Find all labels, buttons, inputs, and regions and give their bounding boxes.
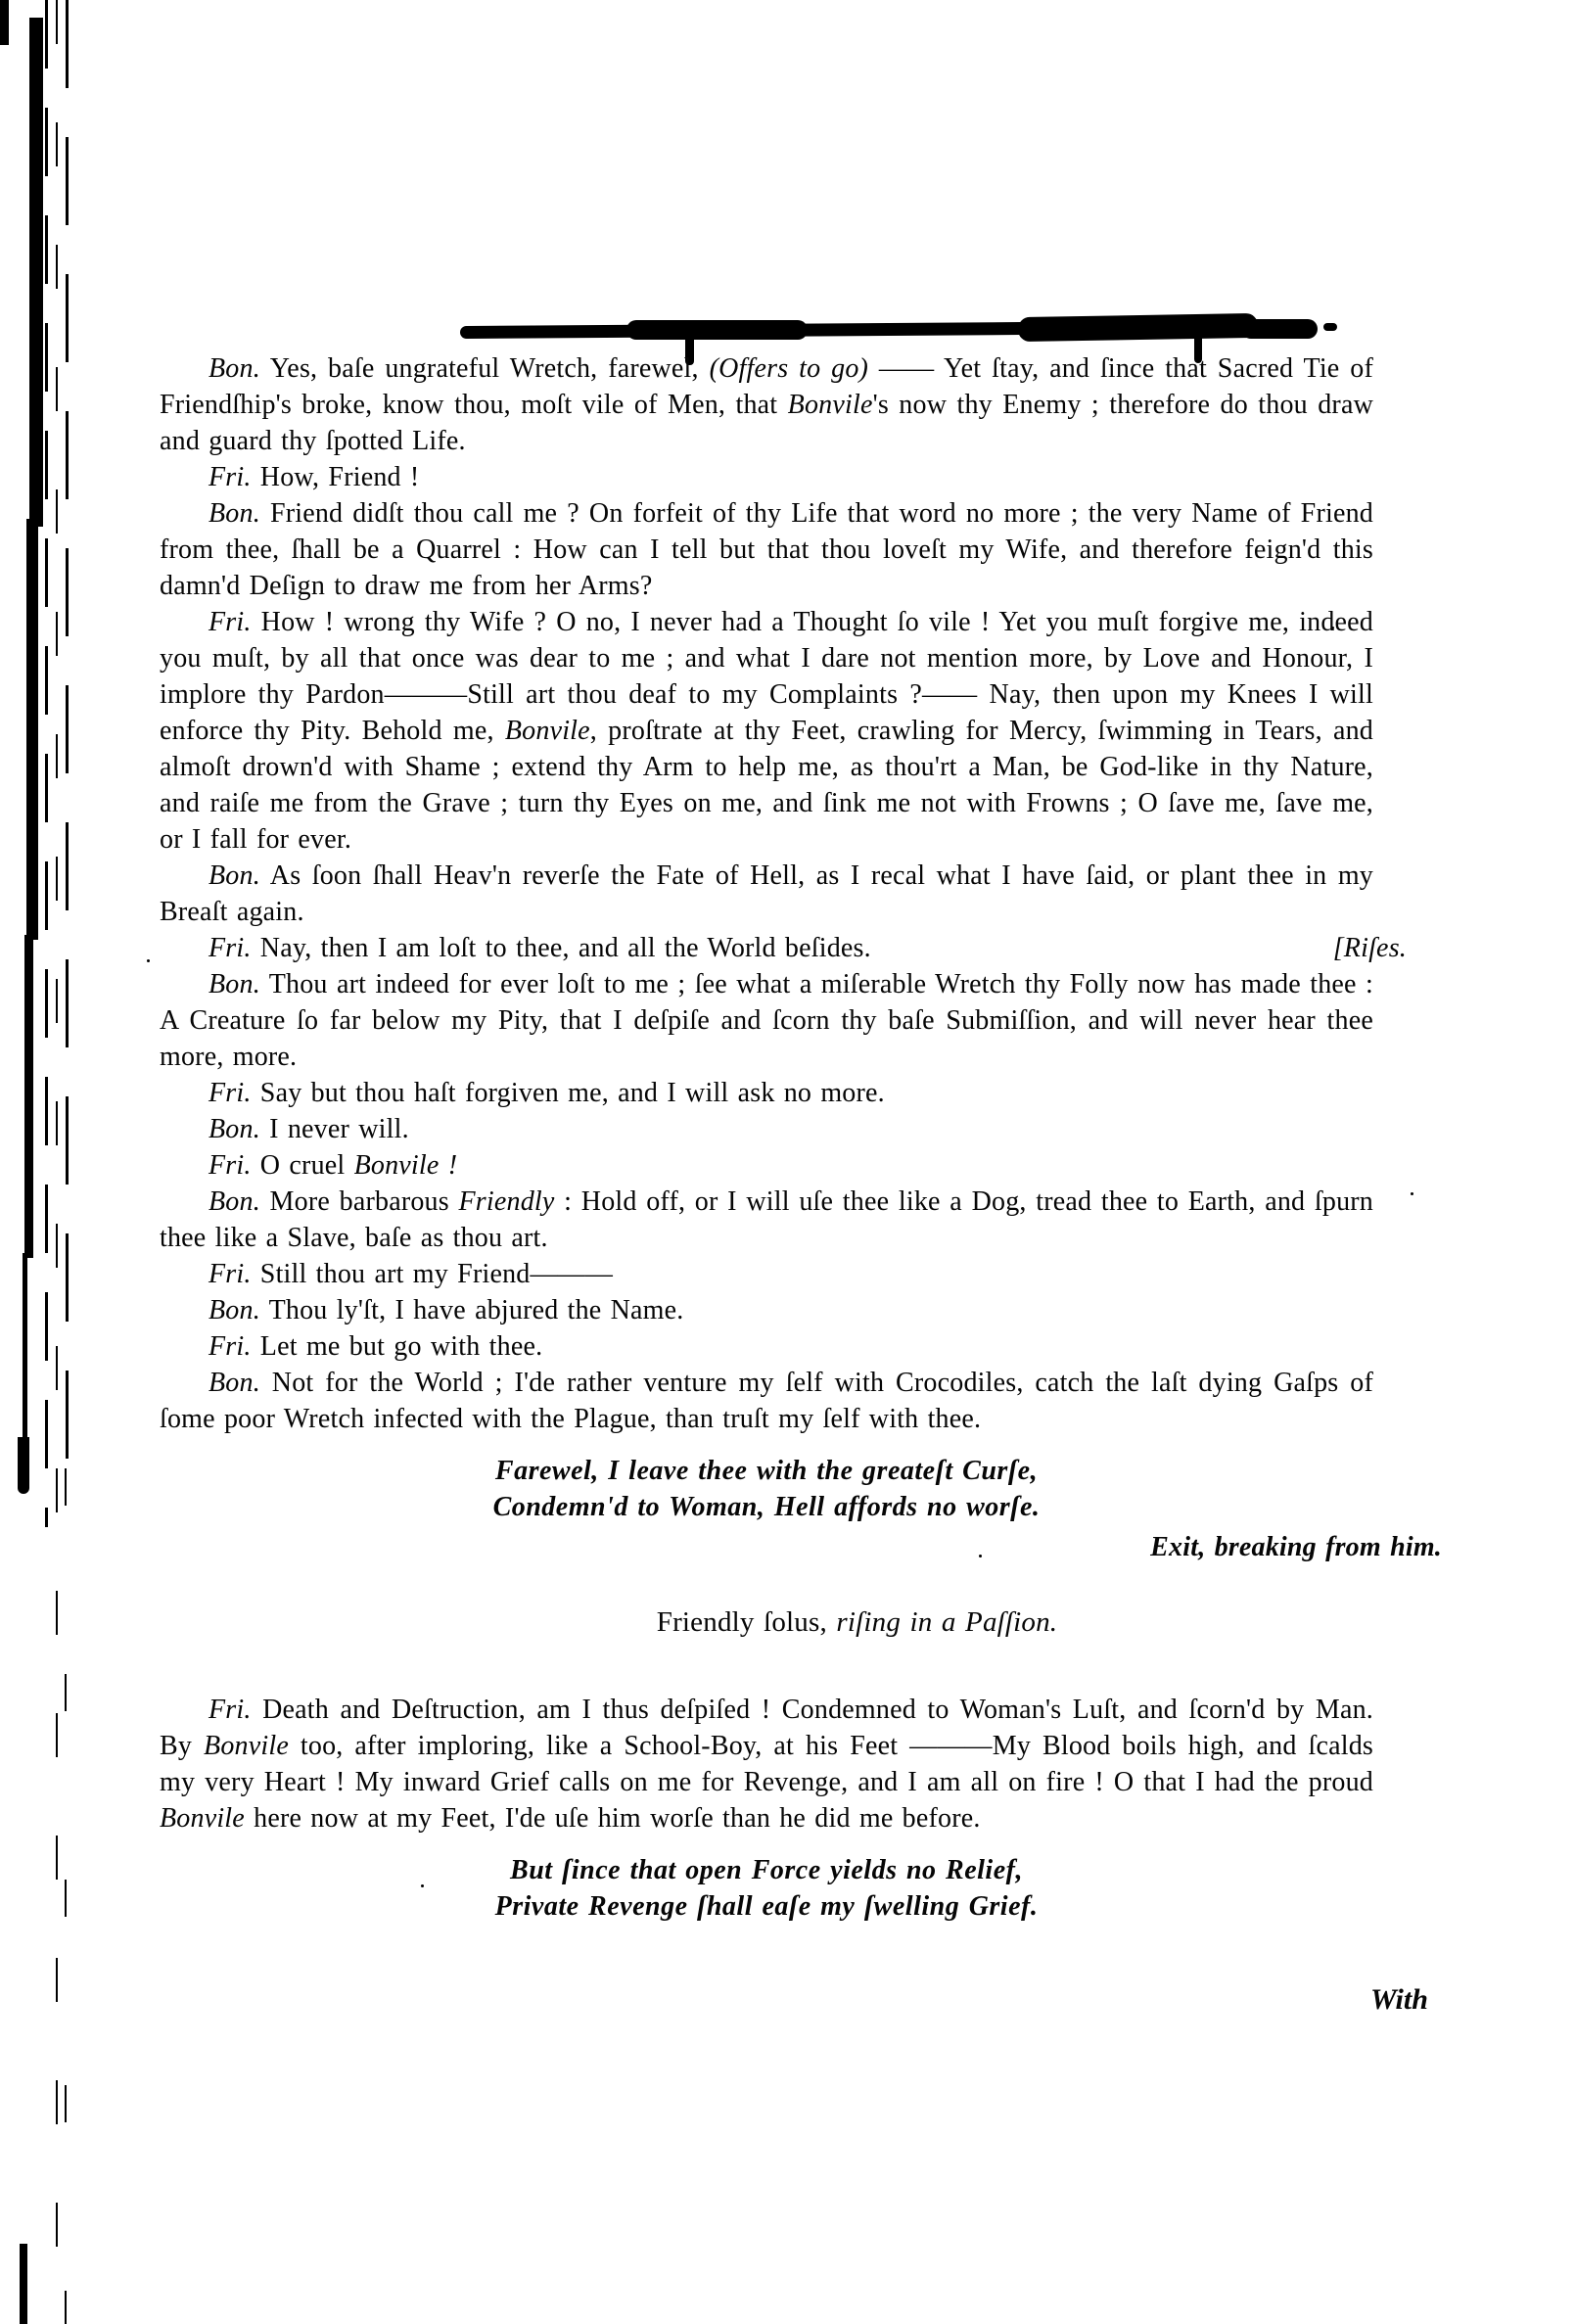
catchword: With [1370, 1983, 1428, 2017]
speech-paragraph: Fri. Let me but go with thee. [160, 1328, 1373, 1365]
speech-paragraph: Fri. Say but thou haſt forgiven me, and … [160, 1075, 1373, 1111]
plain-text: too, after imploring, like a School-Boy,… [160, 1731, 1373, 1797]
plain-text: Friendly ſolus, [657, 1606, 837, 1638]
italic-text: Bonvile [788, 390, 873, 420]
plain-text: O cruel [252, 1150, 354, 1181]
speech-paragraph: Bon. Yes, baſe ungrateful Wretch, farewe… [160, 350, 1373, 459]
italic-text: Fri. [208, 607, 252, 637]
italic-text: Bon. [208, 1114, 260, 1144]
italic-text: Bonvile [505, 716, 590, 746]
stage-direction-inline: [Riſes. [1284, 930, 1407, 966]
plain-text: Thou ly'ſt, I have abjured the Name. [260, 1295, 684, 1325]
plain-text: Yes, baſe ungrateful Wretch, farewel, [260, 353, 710, 384]
scan-artifact-streak [56, 0, 58, 2324]
ink-speck [147, 959, 150, 962]
smudge-bar [1241, 319, 1318, 339]
italic-text: Fri. [208, 462, 252, 492]
verse-line: Farewel, I leave thee with the greateſt … [160, 1453, 1373, 1489]
scan-artifact-streak [65, 1468, 67, 2324]
italic-text: Bon. [208, 1368, 260, 1398]
ink-speck [1411, 1192, 1413, 1195]
speech-paragraph: Bon. More barbarous Friendly : Hold off,… [160, 1184, 1373, 1256]
italic-text: Fri. [208, 1078, 252, 1108]
italic-text: Fri. [208, 1331, 252, 1362]
plain-text: Friend didſt thou call me ? On forfeit o… [160, 498, 1373, 601]
plain-text: As ſoon ſhall Heav'n reverſe the Fate of… [160, 860, 1373, 927]
speech-paragraph: Bon. I never will. [160, 1111, 1373, 1147]
italic-text: Fri. [208, 1695, 252, 1725]
speech-paragraph: [Riſes.Fri. Nay, then I am loſt to thee,… [160, 930, 1373, 966]
plain-text: Still thou art my Friend——— [252, 1259, 613, 1289]
plain-text: Thou art indeed for ever loſt to me ; ſe… [160, 969, 1373, 1072]
scan-artifact-band-tail [18, 1437, 29, 1494]
stage-direction-exit: Exit, breaking from him. [160, 1529, 1442, 1565]
speech-paragraph: Bon. Thou ly'ſt, I have abjured the Name… [160, 1292, 1373, 1328]
speech-paragraph: Bon. Friend didſt thou call me ? On forf… [160, 495, 1373, 604]
scan-artifact-band [29, 18, 43, 527]
plain-text: Say but thou haſt forgiven me, and I wil… [252, 1078, 885, 1108]
plain-text: More barbarous [260, 1186, 459, 1217]
italic-text: riſing in a Paſſion. [836, 1606, 1057, 1638]
plain-text: How, Friend ! [252, 462, 420, 492]
scan-artifact-band [24, 935, 33, 1258]
italic-text: Fri. [208, 933, 252, 963]
italic-text: Bonvile [160, 1803, 245, 1834]
scan-artifact-streak [45, 0, 48, 1527]
speech-paragraph: Fri. Still thou art my Friend——— [160, 1256, 1373, 1292]
smudge-bar [1018, 313, 1258, 342]
speech-paragraph: Bon. Thou art indeed for ever loſt to me… [160, 966, 1373, 1075]
verse-line: But ſince that open Force yields no Reli… [160, 1852, 1373, 1888]
italic-text: Fri. [208, 1150, 252, 1181]
scan-artifact-corner-mark [0, 0, 9, 45]
verse-line: Private Revenge ſhall eaſe my ſwelling G… [160, 1888, 1373, 1925]
smudge-fleck [1323, 323, 1337, 331]
plain-text: here now at my Feet, I'de uſe him worſe … [245, 1803, 981, 1834]
italic-text: Bon. [208, 969, 260, 999]
verse-couplet: But ſince that open Force yields no Reli… [160, 1852, 1373, 1925]
page-text-column: Bon. Yes, baſe ungrateful Wretch, farewe… [160, 350, 1373, 1929]
speech-paragraph: Fri. How, Friend ! [160, 459, 1373, 495]
scanned-book-page: { "colors": { "ink": "#060606", "paper":… [0, 0, 1575, 2324]
italic-text: Bonvile ! [354, 1150, 458, 1181]
italic-text: Bon. [208, 498, 260, 529]
plain-text: Not for the World ; I'de rather venture … [160, 1368, 1373, 1434]
scan-artifact-band [26, 519, 38, 940]
italic-text: Bon. [208, 860, 260, 891]
italic-text: Bon. [208, 353, 260, 384]
plain-text: I never will. [260, 1114, 409, 1144]
italic-text: Friendly [459, 1186, 555, 1217]
italic-text: Bonvile [204, 1731, 289, 1761]
italic-text: Fri. [208, 1259, 252, 1289]
speech-paragraph: Fri. O cruel Bonvile ! [160, 1147, 1373, 1184]
plain-text: Nay, then I am loſt to thee, and all the… [252, 933, 871, 963]
italic-text: Bon. [208, 1186, 260, 1217]
dialogue-container: Bon. Yes, baſe ungrateful Wretch, farewe… [160, 350, 1373, 1925]
speech-paragraph: Fri. Death and Deſtruction, am I thus de… [160, 1692, 1373, 1836]
plain-text: Let me but go with thee. [252, 1331, 543, 1362]
italic-text: Bon. [208, 1295, 260, 1325]
verse-couplet: Farewel, I leave thee with the greateſt … [160, 1453, 1373, 1525]
scene-heading: Friendly ſolus, riſing in a Paſſion. [160, 1604, 1373, 1641]
verse-line: Condemn'd to Woman, Hell affords no worſ… [160, 1489, 1373, 1525]
scan-artifact-bottom-mark [20, 2244, 27, 2324]
italic-text: (Offers to go) [710, 353, 868, 384]
scan-artifact-streak [66, 0, 69, 1468]
speech-paragraph: Fri. How ! wrong thy Wife ? O no, I neve… [160, 604, 1373, 858]
speech-paragraph: Bon. As ſoon ſhall Heav'n reverſe the Fa… [160, 858, 1373, 930]
speech-paragraph: Bon. Not for the World ; I'de rather ven… [160, 1365, 1373, 1437]
scan-artifact-band [23, 1253, 27, 1444]
smudge-bar [626, 320, 808, 340]
